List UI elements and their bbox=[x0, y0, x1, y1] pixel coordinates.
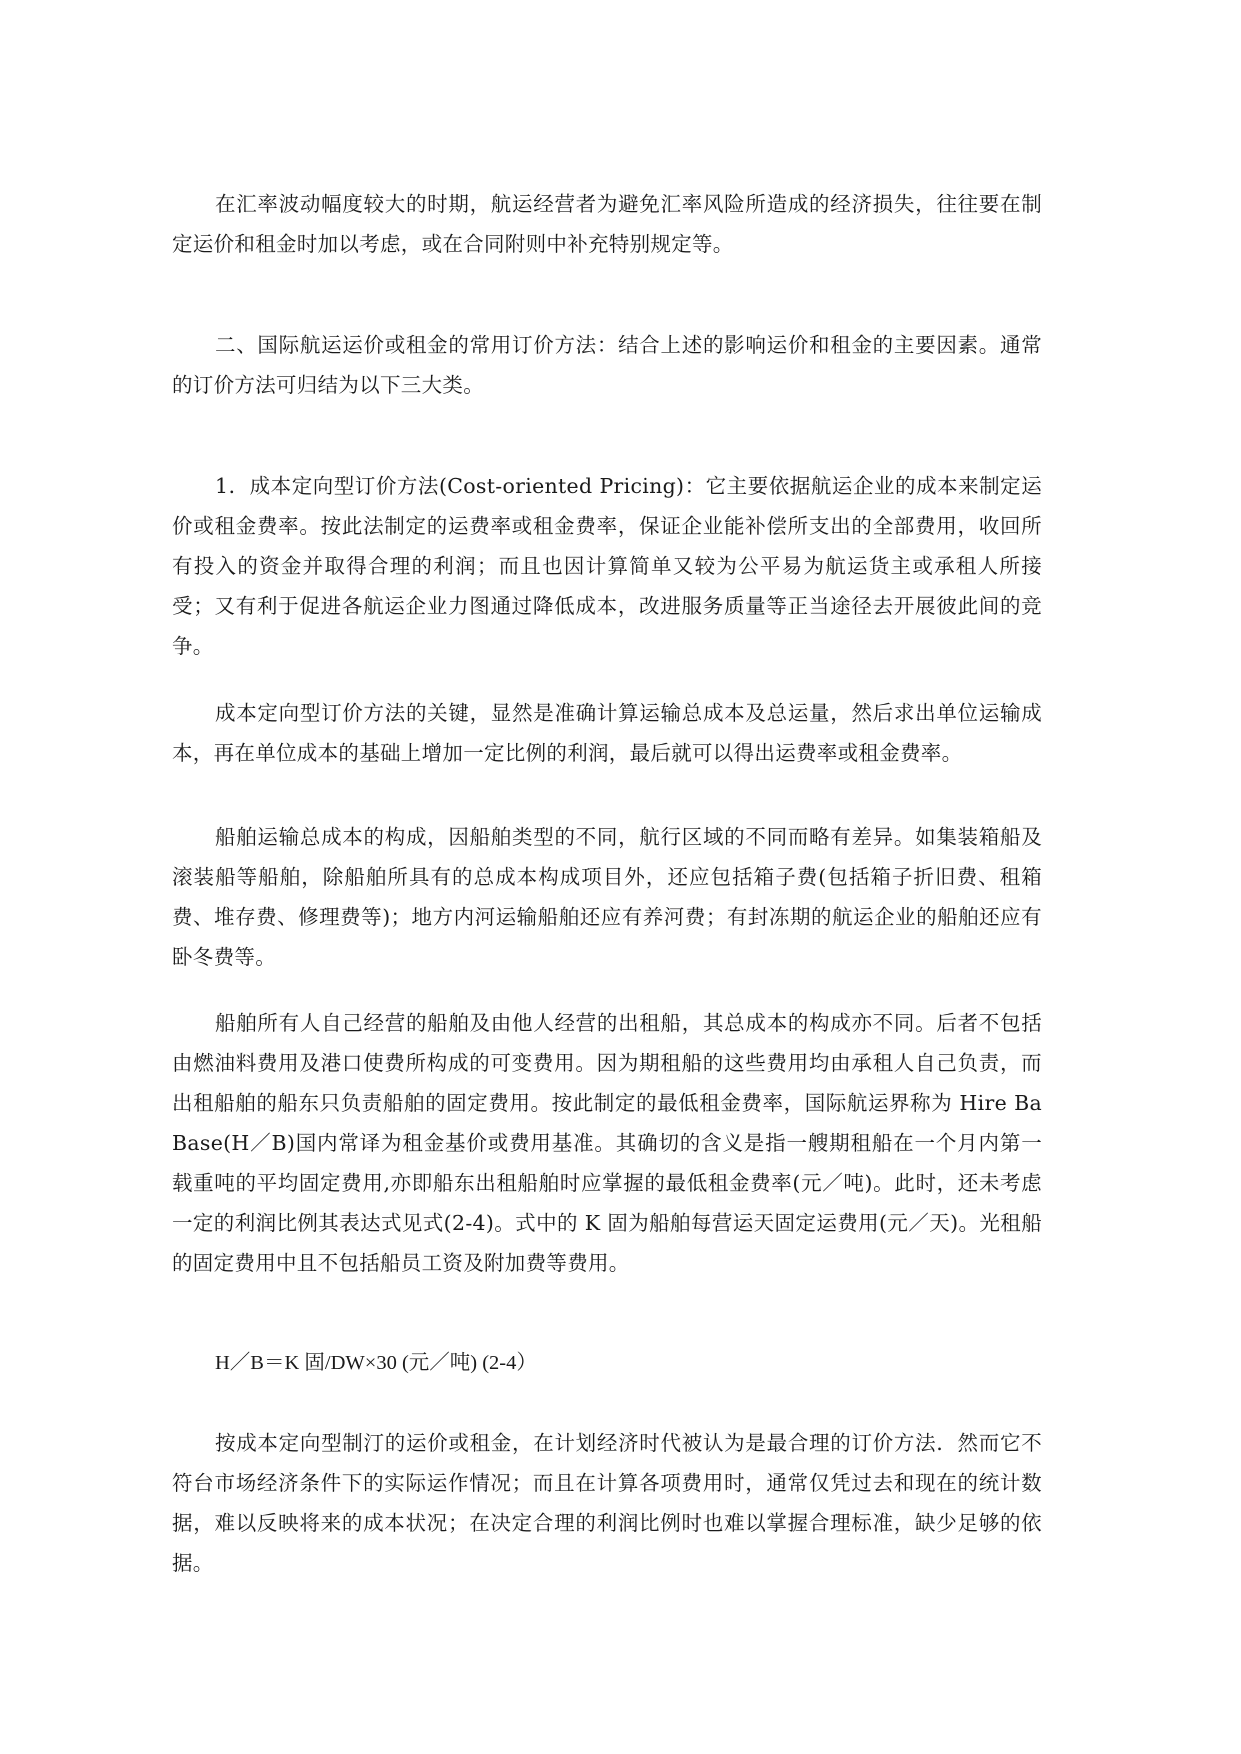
paragraph-cost-oriented-critique: 按成本定向型制汀的运价或租金，在计划经济时代被认为是最合理的订价方法．然而它不符… bbox=[172, 1423, 1042, 1583]
paragraph-hire-base: 船舶所有人自己经营的船舶及由他人经营的出租船，其总成本的构成亦不同。后者不包括由… bbox=[172, 1003, 1042, 1283]
formula-hire-base: H／B＝K 固/DW×30 (元／吨) (2-4） bbox=[215, 1343, 537, 1383]
paragraph-pricing-methods-intro: 二、国际航运运价或租金的常用订价方法：结合上述的影响运价和租金的主要因素。通常的… bbox=[172, 325, 1042, 405]
paragraph-cost-oriented-pricing: 1．成本定向型订价方法(Cost-oriented Pricing)：它主要依据… bbox=[172, 466, 1042, 666]
paragraph-exchange-rate: 在汇率波动幅度较大的时期，航运经营者为避免汇率风险所造成的经济损失，往往要在制定… bbox=[172, 184, 1042, 264]
paragraph-cost-oriented-key: 成本定向型订价方法的关键，显然是准确计算运输总成本及总运量，然后求出单位运输成本… bbox=[172, 693, 1042, 773]
paragraph-total-cost-composition: 船舶运输总成本的构成，因船舶类型的不同，航行区域的不同而略有差异。如集装箱船及滚… bbox=[172, 817, 1042, 977]
